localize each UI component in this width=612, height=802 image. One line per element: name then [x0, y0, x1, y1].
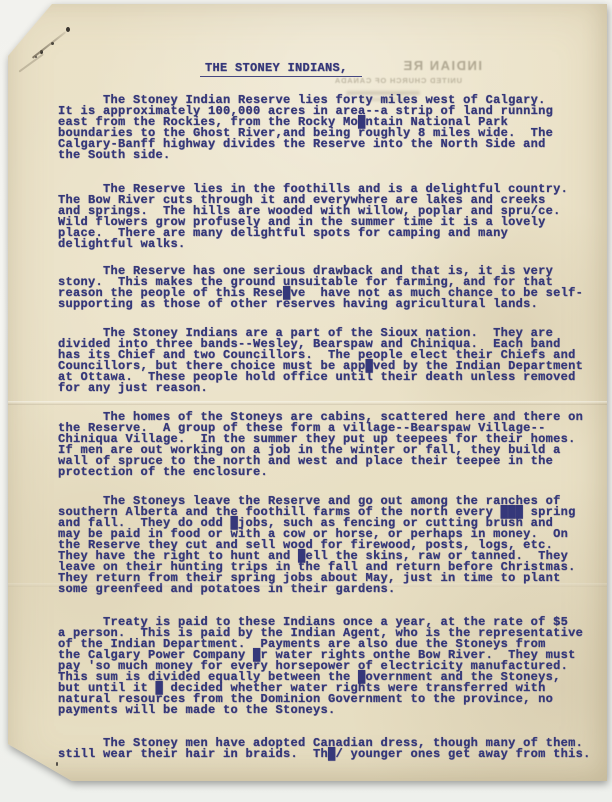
- document-page-shadow: INDIAN RE UNITED CHURCH OF CANADA THE ST…: [8, 4, 607, 781]
- paragraph-8: The Stoney men have adopted Canadian dre…: [58, 738, 603, 760]
- document-body: The Stoney Indian Reserve lies forty mil…: [58, 95, 603, 760]
- scanned-document: { "document": { "title": "THE STONEY IND…: [0, 0, 612, 802]
- bleed-through-letterhead-line1: INDIAN RE: [342, 58, 482, 73]
- paragraph-1: The Stoney Indian Reserve lies forty mil…: [58, 95, 603, 161]
- paragraph-2: The Reserve lies in the foothills and is…: [58, 184, 603, 250]
- ink-speck-1: [66, 27, 70, 32]
- paragraph-5: The homes of the Stoneys are cabins, sca…: [58, 412, 603, 478]
- ink-speck-5: [56, 762, 58, 766]
- document-page: INDIAN RE UNITED CHURCH OF CANADA THE ST…: [8, 4, 607, 781]
- page-title: THE STONEY INDIANS,: [200, 61, 362, 77]
- paragraph-6: The Stoneys leave the Reserve and go out…: [58, 496, 603, 595]
- paragraph-4: The Stoney Indians are a part of the Sio…: [58, 328, 603, 394]
- paragraph-3: The Reserve has one serious drawback and…: [58, 266, 603, 310]
- page-title-text: THE STONEY INDIANS,: [200, 61, 362, 77]
- bleed-through-letterhead-line2: UNITED CHURCH OF CANADA: [332, 76, 462, 85]
- paragraph-7: Treaty is paid to these Indians once a y…: [58, 617, 603, 716]
